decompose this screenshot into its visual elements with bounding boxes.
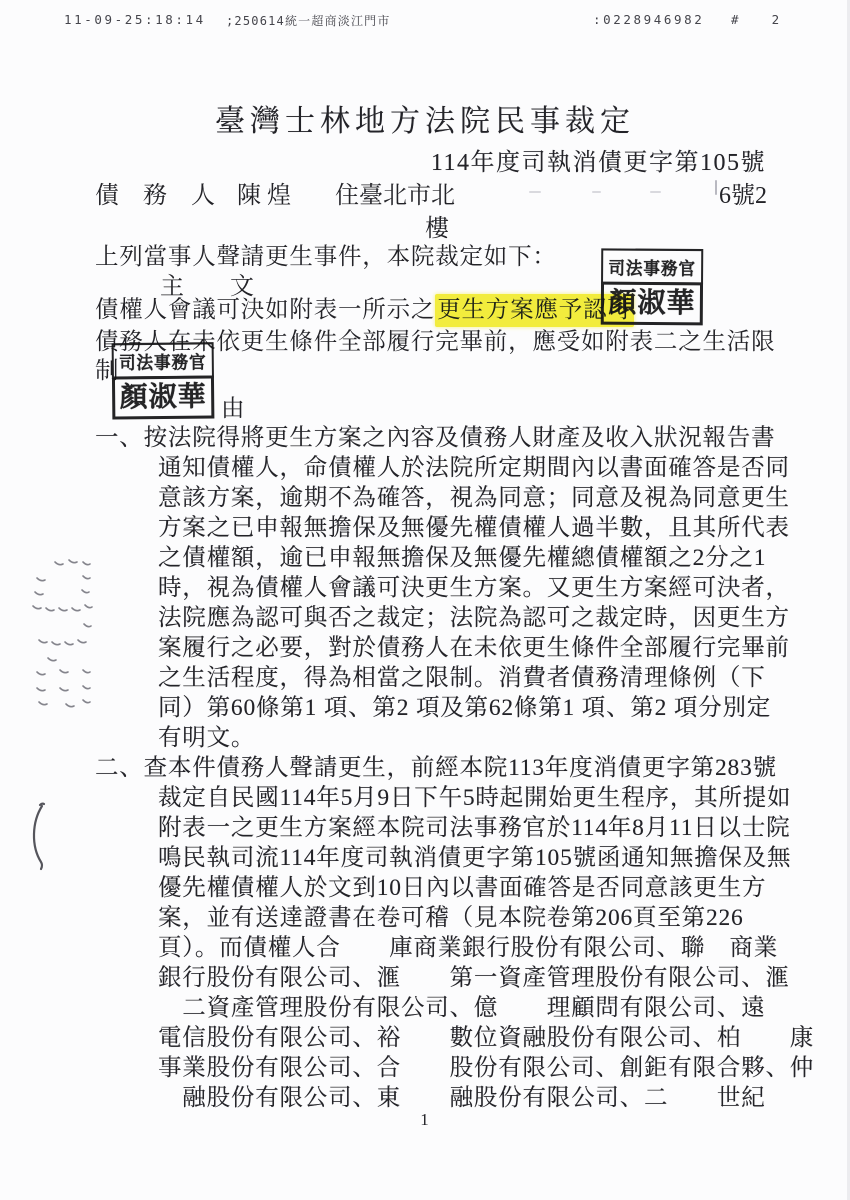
paragraph-line: 有明文。 [95, 723, 790, 753]
paragraph-line: 法院應為認可與否之裁定；法院為認可之裁定時，因更生方 [95, 603, 790, 633]
paragraph-line: 鳴民執司流114年度司執消債更字第105號函通知無擔保及無 [95, 843, 790, 873]
paragraph-line: 電信股份有限公司、裕 數位資融股份有限公司、柏 康 [95, 1023, 790, 1053]
paragraph-line: 融股份有限公司、東 融股份有限公司、二 世紀 [95, 1083, 790, 1113]
paragraph-line: 方案之已申報無擔保及無優先權債權人過半數，且其所代表 [95, 513, 790, 543]
official-stamp: 司法事務官 顏淑華 [601, 250, 704, 326]
paragraph-line: 同）第60條第1 項、第2 項及第62條第1 項、第2 項分別定 [95, 693, 790, 723]
paragraph-line: 一、按法院得將更生方案之內容及債務人財產及收入狀況報告書 [95, 423, 790, 453]
debtor-address-suffix: 6號2 [719, 175, 767, 210]
paragraph-line: 之債權額，逾已申報無擔保及無優先權總債權額之2分之1 [95, 543, 790, 573]
fax-header: 11-09-25:18:14 ;250614統一超商淡江門市 :02289469… [0, 10, 850, 32]
stamp-title: 司法事務官 [601, 248, 703, 284]
debtor-name: 陳 煌 [237, 175, 291, 210]
stamp-name: 顏淑華 [601, 282, 703, 326]
paragraph-line: 時，視為債權人會議可決更生方案。又更生方案經可決者， [95, 573, 790, 603]
paragraph-line: 優先權債權人於文到10日內以書面確答是否同意該更生方 [95, 873, 790, 903]
reasons-body: 一、按法院得將更生方案之內容及債務人財產及收入狀況報告書 通知債權人，命債權人於… [95, 423, 790, 1113]
paragraph-line: 意該方案，逾期不為確答，視為同意；同意及視為同意更生 [95, 483, 790, 513]
redaction-artifact [529, 191, 541, 193]
fax-sender-station: ;250614統一超商淡江門市 [226, 12, 391, 29]
official-stamp: 司法事務官 顏淑華 [112, 343, 215, 419]
paragraph-line: 案履行之必要，對於債務人在未依更生條件全部履行完畢前 [95, 633, 790, 663]
document-title: 臺灣士林地方法院民事裁定 [0, 96, 850, 140]
paragraph-line: 案，並有送達證書在卷可稽（見本院卷第206頁至第226 [95, 903, 790, 933]
redaction-artifact [592, 191, 601, 193]
redaction-artifact [715, 180, 717, 195]
ruling-line-1-text: 債權人會議可決如附表一所示之 [95, 297, 435, 323]
ruling-line-1: 債權人會議可決如附表一所示之更生方案應予認可 [95, 290, 634, 324]
case-number: 114年度司執消債更字第105號 [431, 142, 766, 177]
scan-noise-marks [25, 548, 105, 718]
paragraph-line: 二資產管理股份有限公司、億 理顧問有限公司、遠 [95, 993, 790, 1023]
fax-page-indicator: # 2 [731, 12, 785, 27]
debtor-address-prefix: 住臺北市北 [335, 175, 455, 210]
paragraph-line: 裁定自民國114年5月9日下午5時起開始更生程序，其所提如 [95, 783, 790, 813]
fax-number: :0228946982 [593, 12, 704, 27]
stamp-name: 顏淑華 [112, 375, 214, 419]
stamp-title: 司法事務官 [112, 342, 214, 379]
fax-timestamp: 11-09-25:18:14 [64, 12, 206, 27]
page-number: 1 [0, 1110, 850, 1130]
reasons-heading-partial: 由 [221, 389, 245, 423]
paragraph-line: 頁）。而債權人合 庫商業銀行股份有限公司、聯 商業 [95, 933, 790, 963]
paragraph-line: 事業股份有限公司、合 股份有限公司、創鉅有限合夥、仲 [95, 1053, 790, 1083]
paragraph-line: 通知債權人，命債權人於法院所定期間內以書面確答是否同 [95, 453, 790, 483]
paragraph-line: 銀行股份有限公司、滙 第一資產管理股份有限公司、滙 [95, 963, 790, 993]
pen-mark [28, 800, 50, 874]
paragraph-line: 附表一之更生方案經本院司法事務官於114年8月11日以士院 [95, 813, 790, 843]
redaction-artifact [650, 191, 661, 193]
paragraph-line: 二、查本件債務人聲請更生，前經本院113年度消債更字第283號 [95, 753, 790, 783]
party-role-label: 債 務 人 [95, 175, 215, 210]
paragraph-line: 之生活程度，得為相當之限制。消費者債務清理條例（下 [95, 663, 790, 693]
scanned-court-document: 11-09-25:18:14 ;250614統一超商淡江門市 :02289469… [0, 0, 850, 1200]
